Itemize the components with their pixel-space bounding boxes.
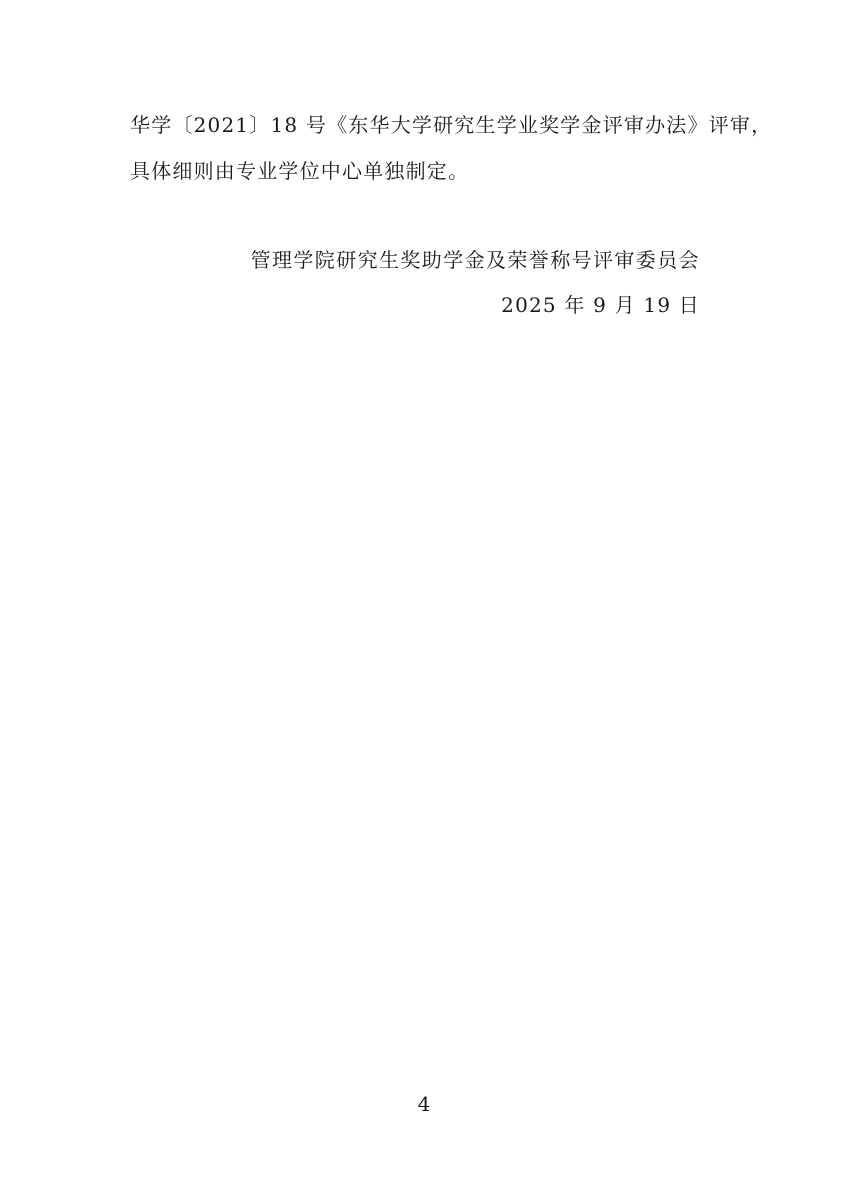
page-number: 4 — [0, 1092, 848, 1116]
issuer-signature: 管理学院研究生奖助学金及荣誉称号评审委员会 — [251, 248, 700, 272]
body-text-line: 华学〔2021〕18 号《东华大学研究生学业奖学金评审办法》评审， — [130, 113, 772, 137]
issue-date: 2025 年 9 月 19 日 — [501, 293, 700, 317]
body-text-line: 具体细则由专业学位中心单独制定。 — [130, 159, 469, 183]
document-page: 华学〔2021〕18 号《东华大学研究生学业奖学金评审办法》评审， 具体细则由专… — [0, 0, 848, 1199]
